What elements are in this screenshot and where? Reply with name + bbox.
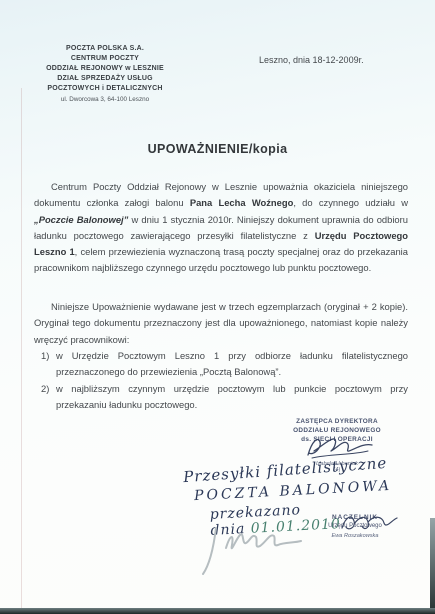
copies-list: 1) w Urzędzie Pocztowym Leszno 1 przy od…: [34, 348, 408, 413]
list-item-number: 1): [41, 348, 49, 364]
paragraph-text: , do czynnego udziału w: [293, 197, 408, 208]
paragraph-authorization: Centrum Poczty Oddział Rejonowy w Leszni…: [34, 179, 408, 277]
scan-edge-bottom: [0, 608, 435, 614]
scanned-document: { "page": { "letterhead": { "lines": [ "…: [0, 0, 435, 614]
list-item: 1) w Urzędzie Pocztowym Leszno 1 przy od…: [34, 348, 408, 381]
postmaster-signature-scribble: [334, 512, 400, 536]
list-item-number: 2): [41, 381, 49, 397]
letterhead-address: ul. Dworcowa 3, 64-100 Leszno: [42, 95, 168, 104]
stamp-title: ZASTĘPCA DYREKTORA: [286, 417, 388, 426]
list-item-text: w najbliższym czynnym urzędzie pocztowym…: [56, 383, 408, 410]
date-line: Leszno, dnia 18-12-2009r.: [259, 55, 364, 65]
balloon-post-name: „Poczcie Balonowej”: [34, 214, 128, 225]
letterhead-line: DZIAŁ SPRZEDAŻY USŁUG: [42, 74, 168, 84]
scan-edge-right: [430, 518, 435, 614]
pencil-signature-scribble: [196, 520, 306, 580]
document-title: UPOWAŻNIENIE/kopia: [0, 142, 435, 156]
list-item-text: w Urzędzie Pocztowym Leszno 1 przy odbio…: [56, 350, 408, 377]
letterhead-line: POCZTOWYCH i DETALICZNYCH: [42, 84, 168, 94]
letterhead-line: ODDZIAŁ REJONOWY w LESZNIE: [42, 64, 168, 74]
letterhead-line: POCZTA POLSKA S.A.: [42, 44, 168, 54]
letterhead: POCZTA POLSKA S.A. CENTRUM POCZTY ODDZIA…: [42, 44, 168, 104]
paragraph-text: , celem przewiezienia wyznaczoną trasą p…: [34, 246, 408, 273]
letterhead-line: CENTRUM POCZTY: [42, 54, 168, 64]
person-name: Pana Lecha Woźnego: [190, 197, 294, 208]
list-item: 2) w najbliższym czynnym urzędzie poczto…: [34, 381, 408, 414]
scan-fold-line: [21, 88, 22, 610]
paragraph-copies: Niniejsze Upoważnienie wydawane jest w t…: [34, 299, 408, 348]
